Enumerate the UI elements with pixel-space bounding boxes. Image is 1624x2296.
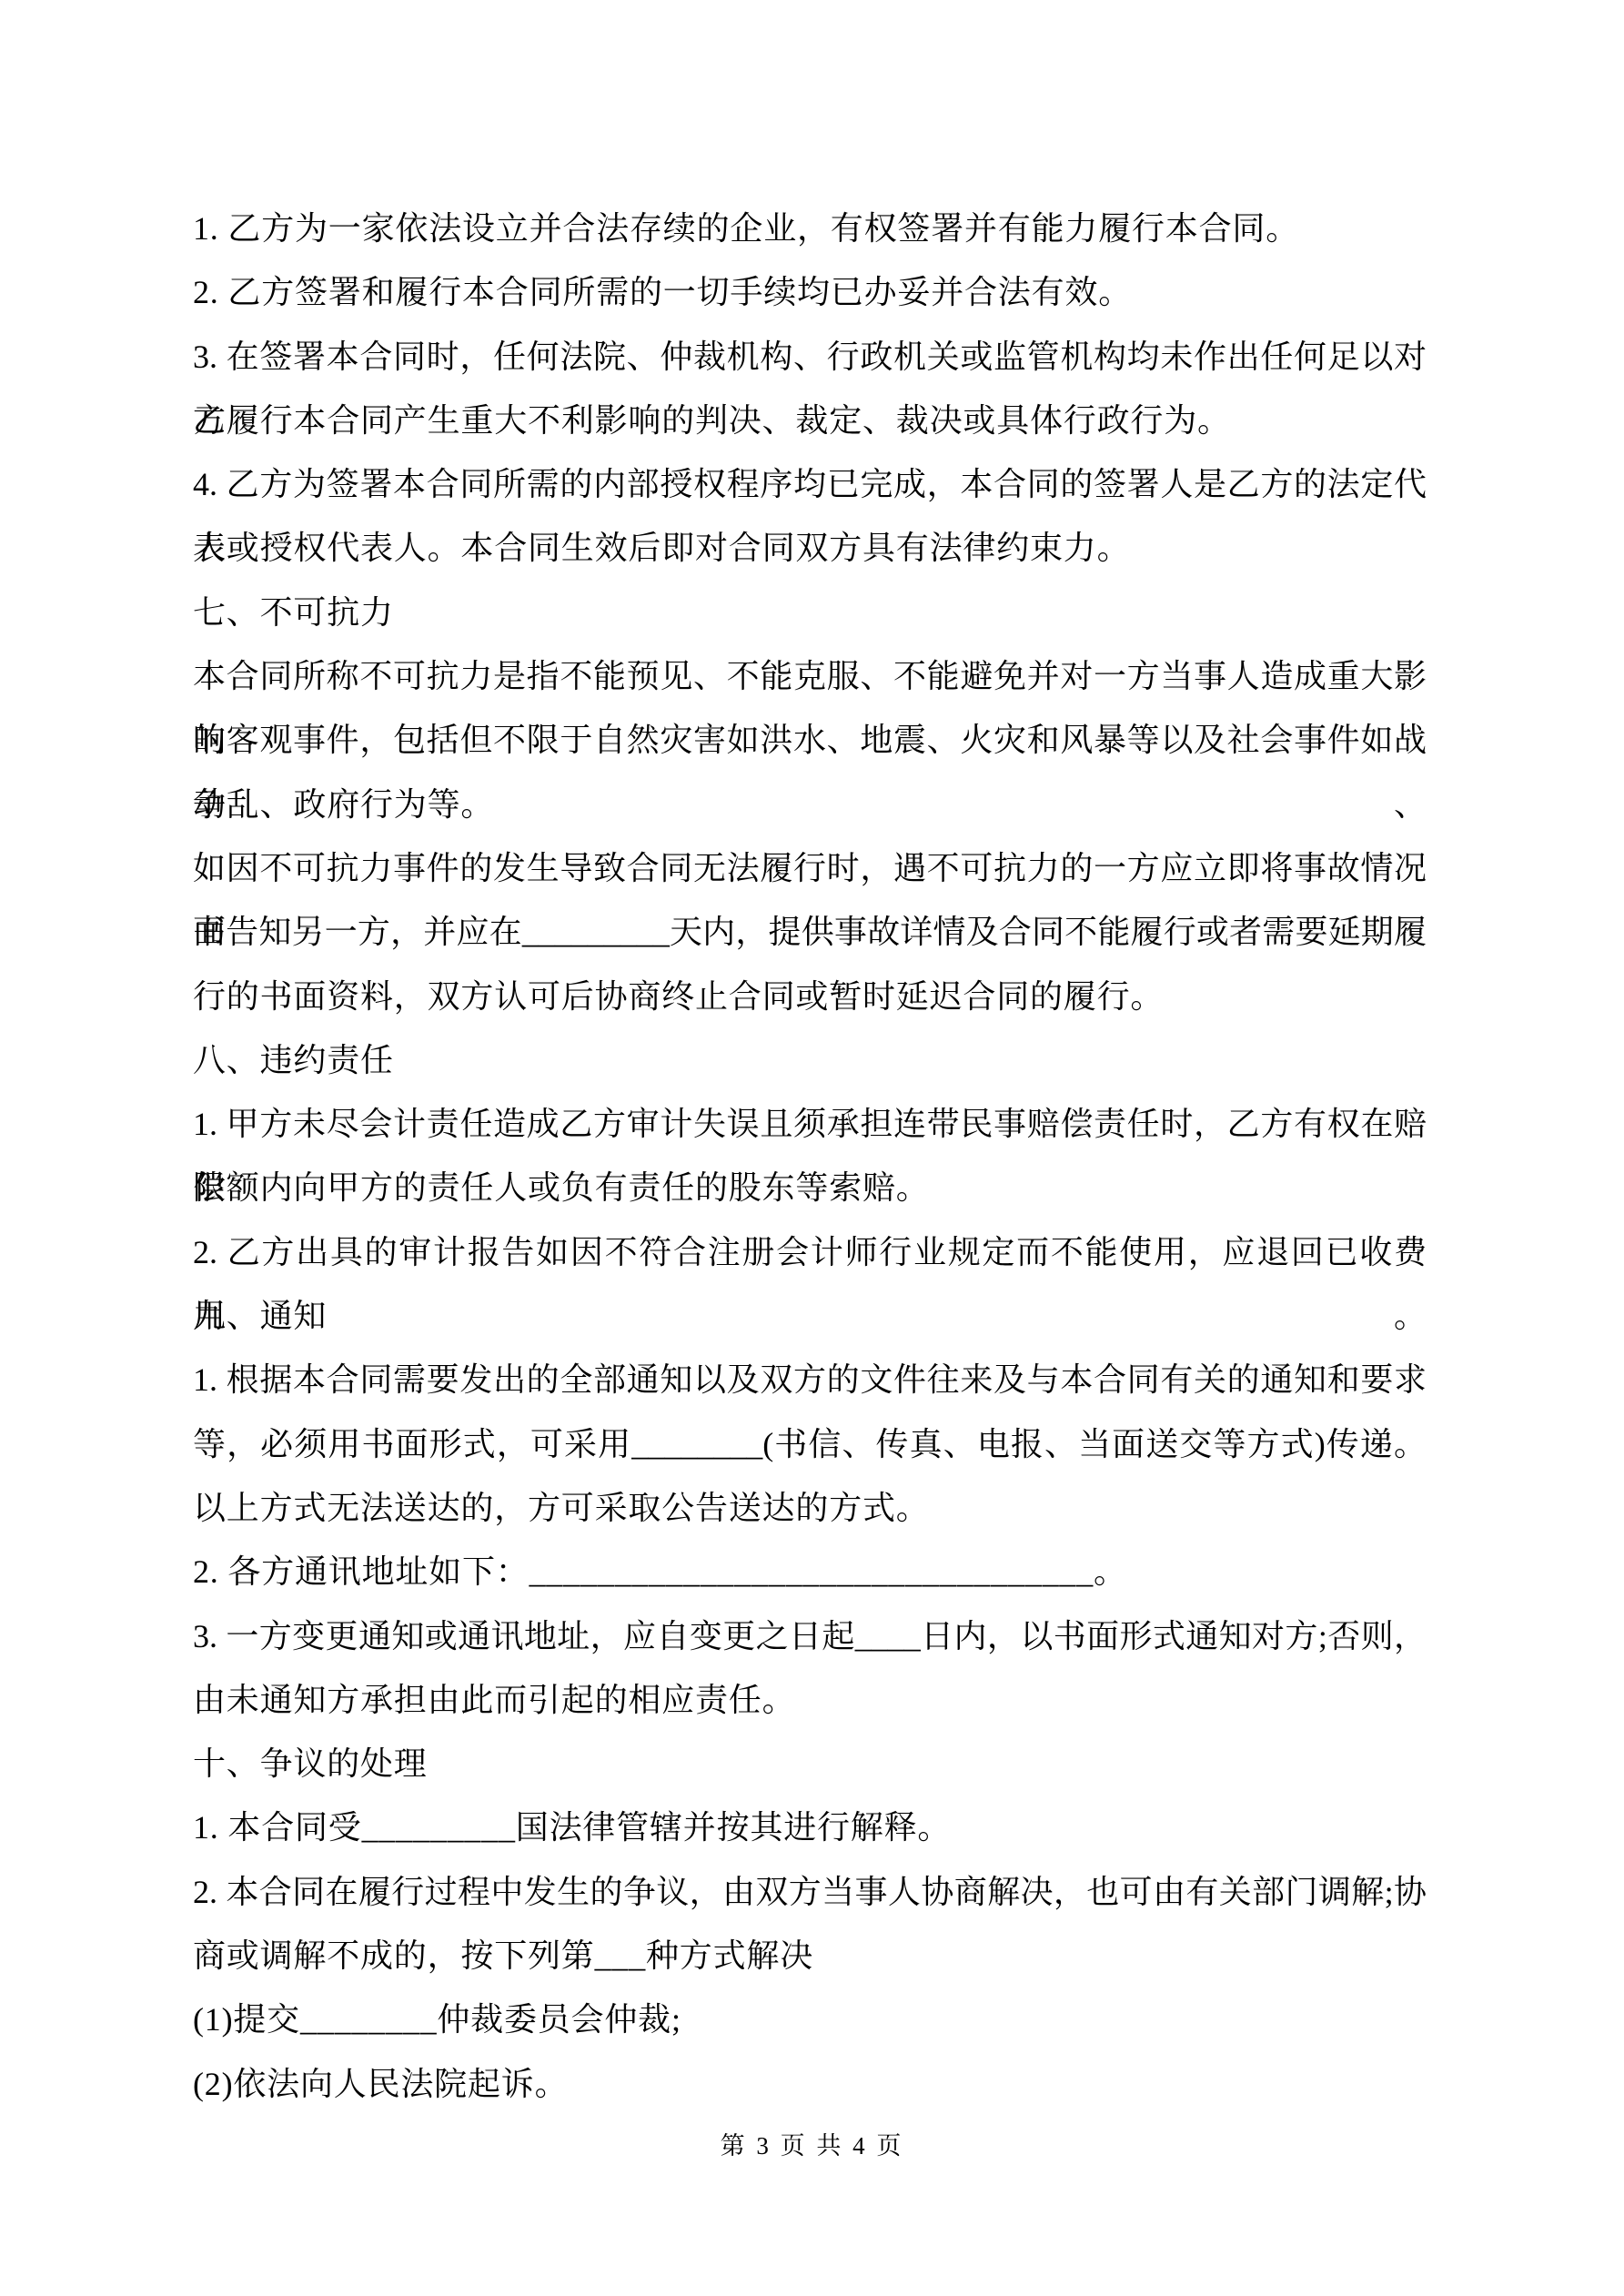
clause-rep-4-line-2: 人或授权代表人。本合同生效后即对合同双方具有法律约束力。 bbox=[193, 516, 1427, 580]
clause-rep-2: 2. 乙方签署和履行本合同所需的一切手续均已办妥并合法有效。 bbox=[193, 260, 1427, 324]
force-majeure-notice-line-3: 行的书面资料，双方认可后协商终止合同或暂时延迟合同的履行。 bbox=[193, 965, 1427, 1028]
dispute-option-1-arbitration: (1)提交________仲裁委员会仲裁; bbox=[193, 1988, 1427, 2051]
clause-rep-3-line-2: 方履行本合同产生重大不利影响的判决、裁定、裁决或具体行政行为。 bbox=[193, 389, 1427, 452]
page-number-footer: 第 3 页 共 4 页 bbox=[0, 2129, 1624, 2162]
notice-clause-1-line-2: 等，必须用书面形式，可采用________(书信、传真、电报、当面送交等方式)传… bbox=[193, 1412, 1427, 1476]
breach-clause-2: 2. 乙方出具的审计报告如因不符合注册会计师行业规定而不能使用，应退回已收费用。 bbox=[193, 1220, 1427, 1284]
dispute-option-2-court: (2)依法向人民法院起诉。 bbox=[193, 2052, 1427, 2116]
section-heading-breach-liability: 八、违约责任 bbox=[193, 1028, 1427, 1092]
notice-clause-3-line-1: 3. 一方变更通知或通讯地址，应自变更之日起____日内，以书面形式通知对方;否… bbox=[193, 1604, 1427, 1668]
section-heading-force-majeure: 七、不可抗力 bbox=[193, 581, 1427, 644]
dispute-clause-1-governing-law: 1. 本合同受_________国法律管辖并按其进行解释。 bbox=[193, 1795, 1427, 1859]
force-majeure-def-line-1: 本合同所称不可抗力是指不能预见、不能克服、不能避免并对一方当事人造成重大影响 bbox=[193, 644, 1427, 708]
notice-clause-3-line-2: 由未通知方承担由此而引起的相应责任。 bbox=[193, 1668, 1427, 1732]
notice-clause-2-address: 2. 各方通讯地址如下：____________________________… bbox=[193, 1540, 1427, 1603]
breach-clause-1-line-2: 限额内向甲方的责任人或负有责任的股东等索赔。 bbox=[193, 1156, 1427, 1219]
force-majeure-def-line-2: 的客观事件，包括但不限于自然灾害如洪水、地震、火灾和风暴等以及社会事件如战争、 bbox=[193, 708, 1427, 772]
dispute-clause-2-line-1: 2. 本合同在履行过程中发生的争议，由双方当事人协商解决，也可由有关部门调解;协 bbox=[193, 1860, 1427, 1924]
clause-rep-4-line-1: 4. 乙方为签署本合同所需的内部授权程序均已完成，本合同的签署人是乙方的法定代表 bbox=[193, 452, 1427, 516]
contract-body: 1. 乙方为一家依法设立并合法存续的企业，有权签署并有能力履行本合同。 2. 乙… bbox=[193, 197, 1427, 2116]
clause-rep-1: 1. 乙方为一家依法设立并合法存续的企业，有权签署并有能力履行本合同。 bbox=[193, 197, 1427, 260]
breach-clause-1-line-1: 1. 甲方未尽会计责任造成乙方审计失误且须承担连带民事赔偿责任时，乙方有权在赔偿 bbox=[193, 1092, 1427, 1156]
clause-rep-3-line-1: 3. 在签署本合同时，任何法院、仲裁机构、行政机关或监管机构均未作出任何足以对乙 bbox=[193, 325, 1427, 389]
notice-clause-1-line-3: 以上方式无法送达的，方可采取公告送达的方式。 bbox=[193, 1476, 1427, 1540]
notice-clause-1-line-1: 1. 根据本合同需要发出的全部通知以及双方的文件往来及与本合同有关的通知和要求 bbox=[193, 1348, 1427, 1411]
force-majeure-notice-line-2: 面告知另一方，并应在_________天内，提供事故详情及合同不能履行或者需要延… bbox=[193, 900, 1427, 964]
force-majeure-notice-line-1: 如因不可抗力事件的发生导致合同无法履行时，遇不可抗力的一方应立即将事故情况书 bbox=[193, 836, 1427, 900]
dispute-clause-2-line-2: 商或调解不成的，按下列第___种方式解决 bbox=[193, 1924, 1427, 1988]
document-page: 1. 乙方为一家依法设立并合法存续的企业，有权签署并有能力履行本合同。 2. 乙… bbox=[0, 0, 1624, 2296]
section-heading-dispute-resolution: 十、争议的处理 bbox=[193, 1732, 1427, 1795]
